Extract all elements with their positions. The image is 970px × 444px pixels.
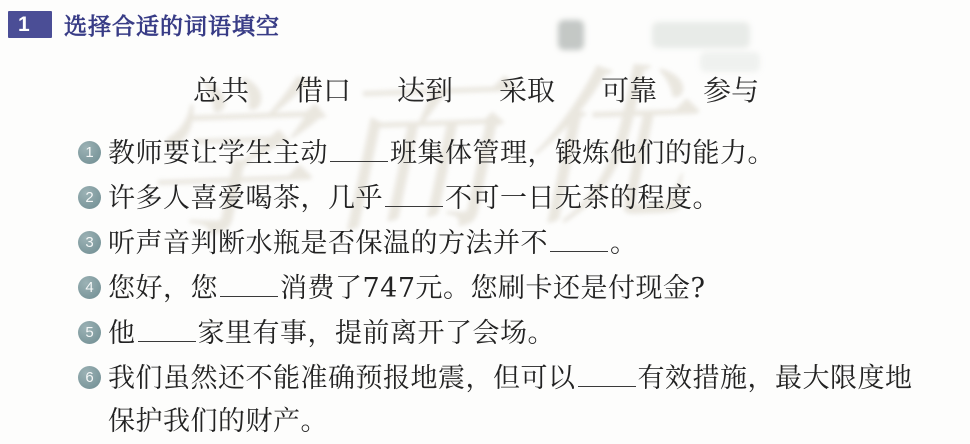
- fill-blank: [220, 269, 278, 297]
- question-number-badge: 5: [78, 321, 101, 344]
- question-number-badge: 2: [78, 186, 101, 209]
- word-bank-item: 总共: [193, 69, 249, 109]
- exercise-number-badge: 1: [8, 11, 52, 38]
- question-text: 我们虽然还不能准确预报地震，但可以有效措施，最大限度地: [108, 356, 913, 401]
- word-bank-item: 借口: [295, 69, 351, 109]
- fill-blank: [330, 134, 388, 162]
- worksheet-page: 学而优 1 选择合适的词语填空 总共 借口 达到 采取 可靠 参与 1 教师要让…: [0, 0, 970, 444]
- exercise-header: 1 选择合适的词语填空: [0, 0, 970, 41]
- word-bank-item: 可靠: [601, 69, 657, 109]
- question-text-before: 教师要让学生主动: [108, 138, 328, 169]
- question-text: 教师要让学生主动班集体管理，锻炼他们的能力。: [108, 131, 775, 176]
- word-bank-item: 达到: [397, 69, 453, 109]
- question-text: 许多人喜爱喝茶，几乎不可一日无茶的程度。: [108, 176, 720, 221]
- question-number-badge: 3: [78, 231, 101, 254]
- question-item: 1 教师要让学生主动班集体管理，锻炼他们的能力。: [78, 131, 970, 176]
- question-text-after: 不可一日无茶的程度。: [445, 183, 720, 214]
- question-text-before: 我们虽然还不能准确预报地震，但可以: [108, 363, 576, 394]
- fill-blank: [138, 314, 196, 342]
- question-continuation-line: 保护我们的财产。: [108, 401, 970, 443]
- question-text-after: 班集体管理，锻炼他们的能力。: [390, 138, 775, 169]
- question-text: 听声音判断水瓶是否保温的方法并不。: [108, 221, 638, 266]
- question-number-badge: 6: [78, 366, 101, 389]
- fill-blank: [578, 359, 636, 387]
- question-text-after: 。: [610, 228, 638, 259]
- word-bank-item: 参与: [703, 69, 759, 109]
- question-number-badge: 1: [78, 141, 101, 164]
- word-bank: 总共 借口 达到 采取 可靠 参与: [193, 69, 970, 109]
- exercise-title: 选择合适的词语填空: [64, 8, 280, 41]
- question-text-after: 有效措施，最大限度地: [638, 363, 913, 394]
- question-item: 3 听声音判断水瓶是否保温的方法并不。: [78, 221, 970, 266]
- fill-blank: [385, 179, 443, 207]
- question-text-after: 消费了747元。您刷卡还是付现金?: [280, 273, 706, 304]
- question-text-after: 家里有事，提前离开了会场。: [198, 318, 556, 349]
- word-bank-item: 采取: [499, 69, 555, 109]
- question-item: 6 我们虽然还不能准确预报地震，但可以有效措施，最大限度地: [78, 356, 970, 401]
- question-text-before: 您好，您: [108, 273, 218, 304]
- question-text-before: 他: [108, 318, 136, 349]
- question-item: 2 许多人喜爱喝茶，几乎不可一日无茶的程度。: [78, 176, 970, 221]
- question-text: 他家里有事，提前离开了会场。: [108, 311, 555, 356]
- question-item: 5 他家里有事，提前离开了会场。: [78, 311, 970, 356]
- fill-blank: [550, 224, 608, 252]
- question-item: 4 您好，您消费了747元。您刷卡还是付现金?: [78, 266, 970, 311]
- question-text-before: 听声音判断水瓶是否保温的方法并不: [108, 228, 548, 259]
- question-text-before: 许多人喜爱喝茶，几乎: [108, 183, 383, 214]
- question-text: 您好，您消费了747元。您刷卡还是付现金?: [108, 266, 706, 311]
- question-number-badge: 4: [78, 276, 101, 299]
- question-list: 1 教师要让学生主动班集体管理，锻炼他们的能力。 2 许多人喜爱喝茶，几乎不可一…: [78, 131, 970, 443]
